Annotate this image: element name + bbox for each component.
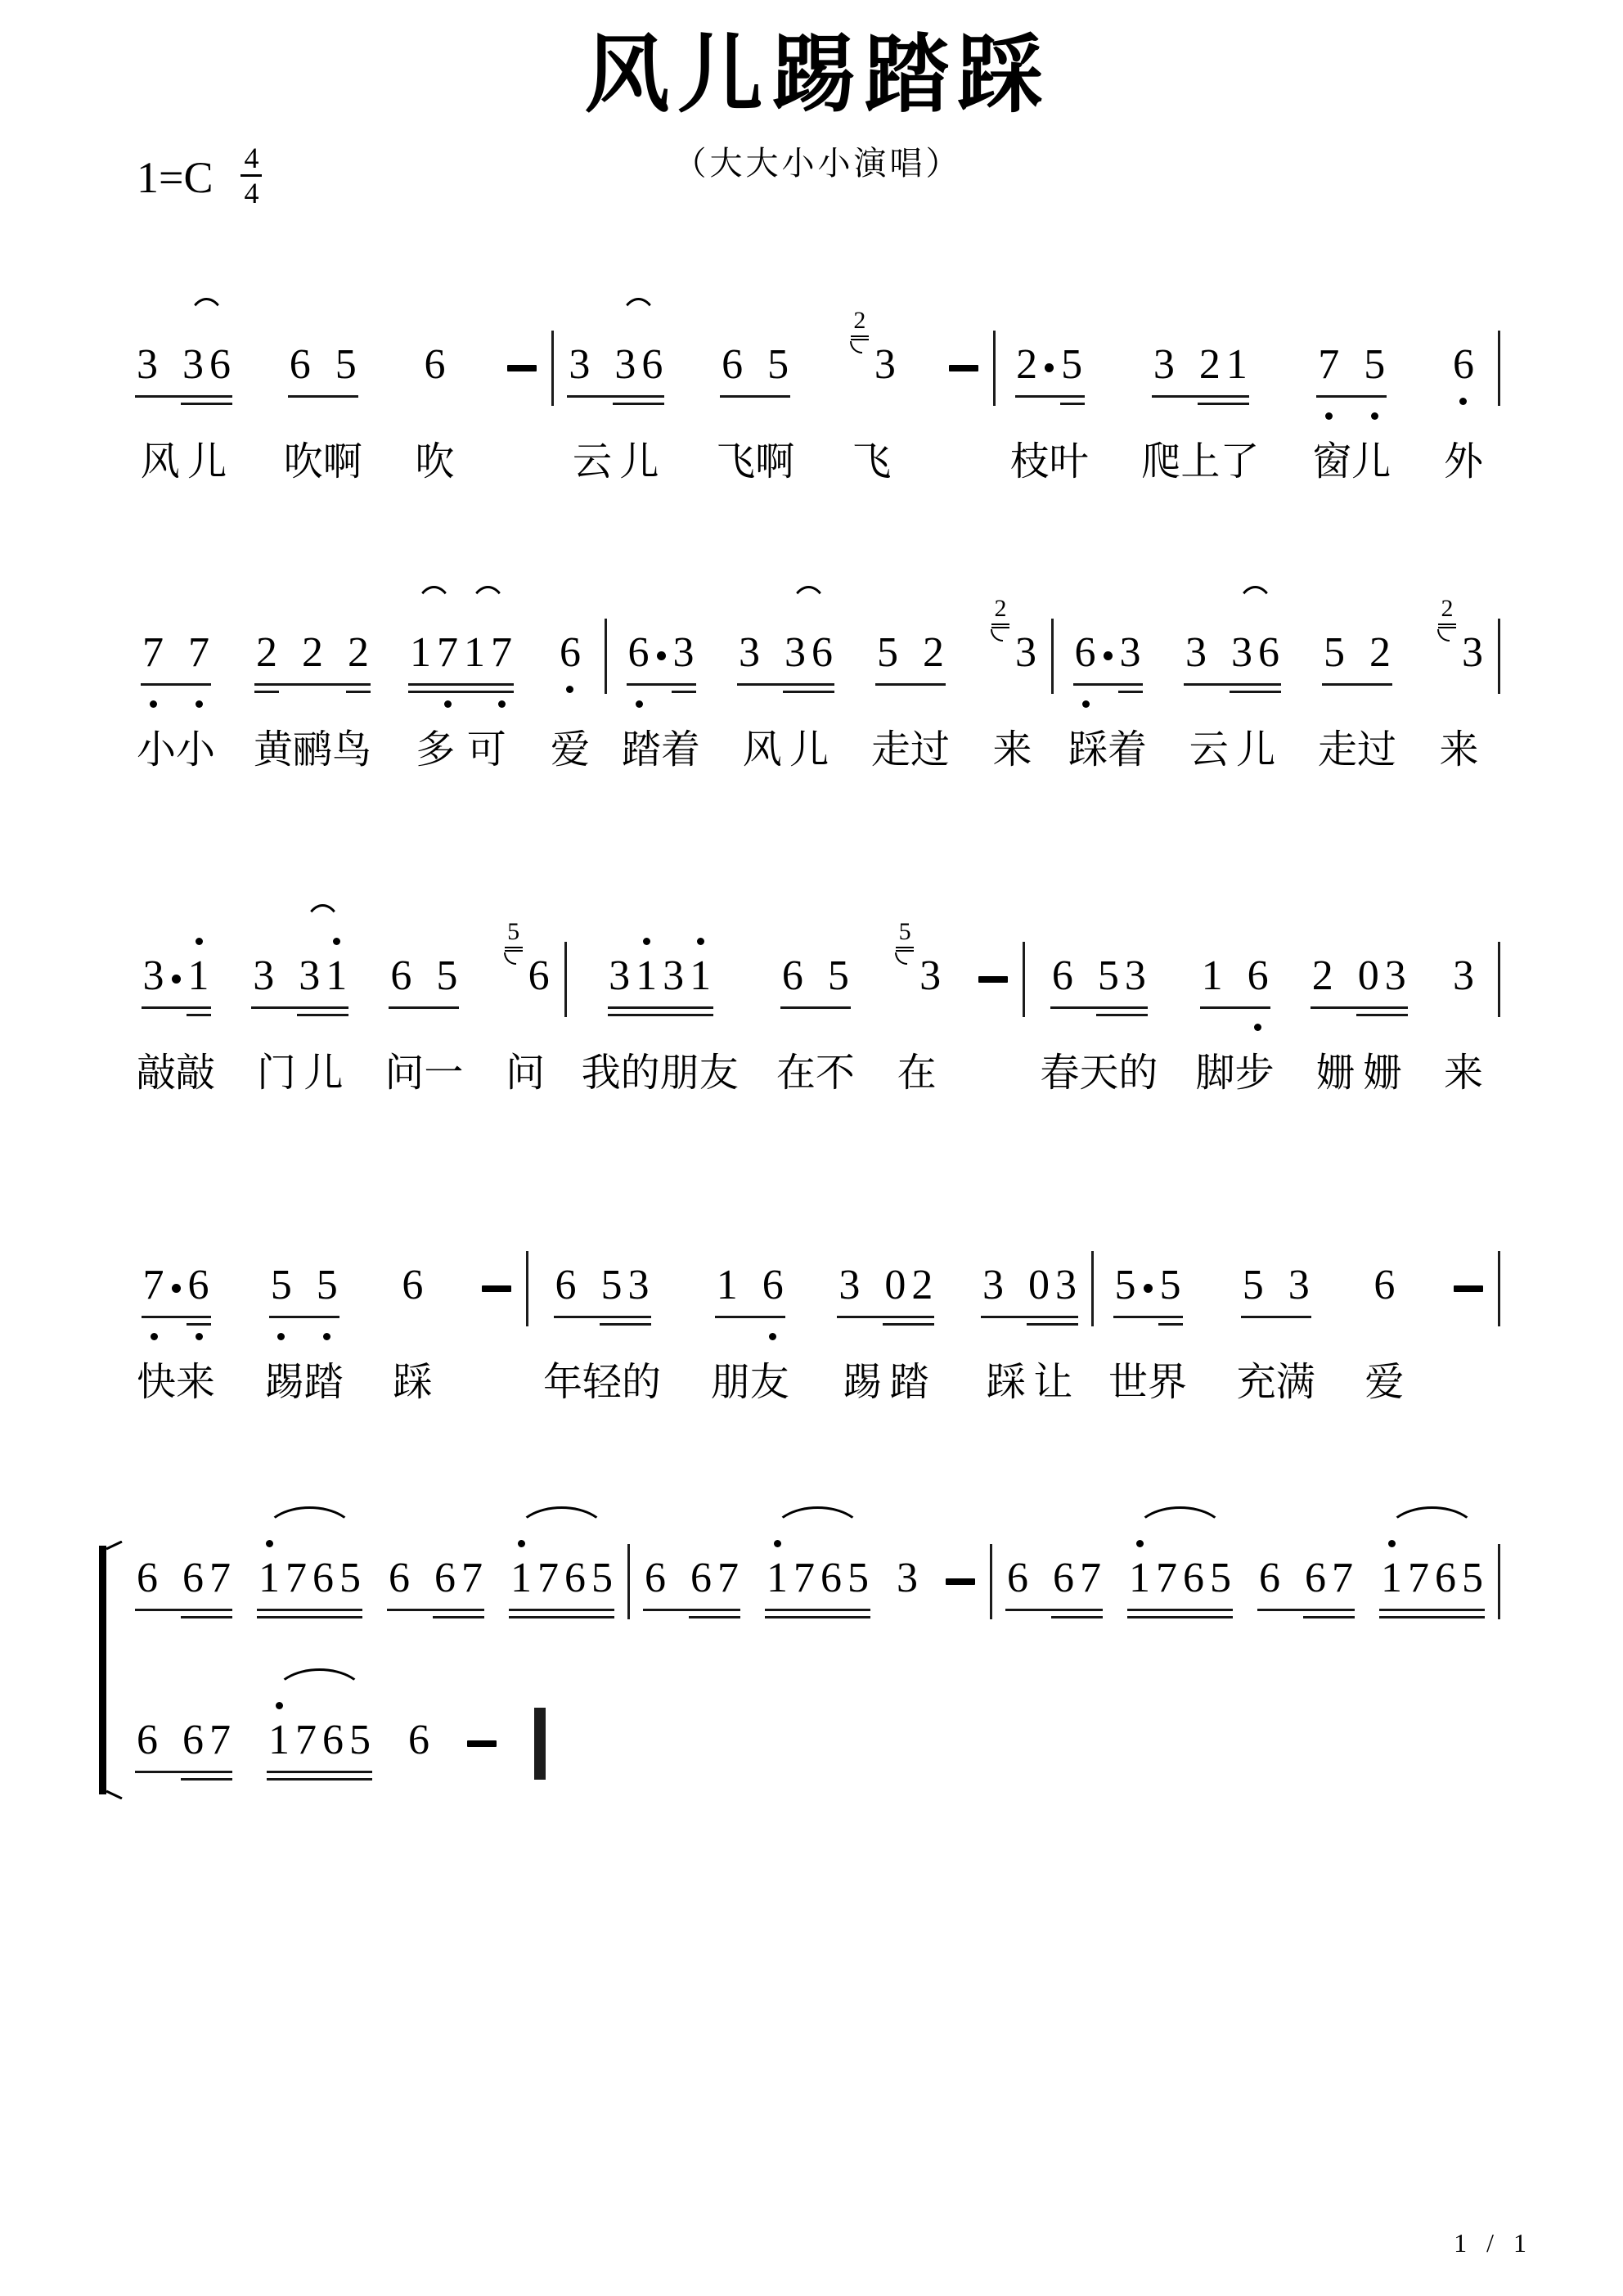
note-group: 1765: [1129, 1505, 1231, 1642]
note-digit: 7: [209, 1714, 231, 1767]
grace-note-digit: 5: [899, 919, 911, 945]
note-digit: 6: [389, 1552, 410, 1605]
measure: 336风儿65吹啊6吹: [135, 291, 551, 488]
lyrics-row: 来: [1435, 725, 1483, 776]
note-digit: 3: [982, 1259, 1004, 1312]
note-unit: 55世界: [1108, 1212, 1187, 1408]
note-digit: 6: [182, 1714, 204, 1767]
final-barline: [534, 1708, 546, 1780]
note-digit: 3: [1385, 950, 1406, 1002]
note-group: 303: [982, 1212, 1077, 1349]
note-unit: 6踩: [393, 1212, 432, 1408]
lyric-syllable: 来: [176, 1357, 215, 1408]
note-digit: 1: [259, 1552, 280, 1605]
note-unit: 3: [897, 1505, 918, 1642]
music-line: 31敲敲331门儿65问一56问3131我的朋友65在不53在653春天的16脚…: [135, 903, 1500, 1099]
note-digit: 7: [1080, 1552, 1101, 1605]
note-digit: 7: [717, 1552, 739, 1605]
note-digit: 7: [537, 1552, 559, 1605]
lyric-syllable: 爱: [551, 725, 590, 776]
note-group: 6: [393, 1212, 432, 1349]
beam-underline: [135, 395, 232, 398]
measure: 653春天的16脚步203姗姗3来: [1025, 903, 1498, 1099]
lyrics-row: 走过: [871, 725, 950, 776]
measure: 66717656671765: [135, 1505, 627, 1642]
note-digit: 5: [271, 1259, 292, 1312]
beam-underline-2: [297, 1014, 348, 1016]
note-group: 6: [1444, 291, 1483, 429]
note-unit: 6吹: [416, 291, 455, 488]
note-digit: 1: [464, 627, 485, 679]
beam-underline: [288, 395, 358, 398]
note-unit: 23飞: [847, 291, 896, 488]
barline: [1498, 619, 1500, 694]
beam-underline: [267, 1771, 372, 1773]
lyric-syllable: 快: [137, 1357, 176, 1408]
measure: 66717653: [630, 1505, 990, 1642]
note-unit: 3131我的朋友: [582, 903, 739, 1099]
lyric-syllable: 步: [1235, 1048, 1275, 1099]
note-digit: 6: [1248, 950, 1269, 1002]
note-group: 65: [716, 291, 794, 429]
note-digit: 1: [1202, 950, 1223, 1002]
lyrics-row: 年轻的: [543, 1357, 661, 1408]
note-group: 667: [1007, 1505, 1101, 1642]
lyric-syllable: 敲: [137, 1048, 176, 1099]
duration-dash: [467, 1740, 497, 1747]
lyrics-row: 春天的: [1040, 1048, 1158, 1099]
slur-arc: [303, 904, 342, 932]
note-digit: 6: [1183, 1552, 1204, 1605]
note-digit: 3: [1015, 627, 1036, 679]
note-group: 203: [1312, 903, 1406, 1040]
note-group: 23: [988, 579, 1036, 717]
lyric-syllable: 的: [622, 1357, 661, 1408]
note-digit: 3: [739, 627, 760, 679]
note-digit: 6: [645, 1552, 666, 1605]
note-group: 6: [1364, 1212, 1404, 1349]
beam-underline: [875, 683, 946, 686]
note-digit: 3: [1462, 627, 1483, 679]
note-digit: 6: [528, 950, 550, 1002]
lyrics-row: 飞: [847, 437, 896, 488]
beam-underline-2: [600, 1323, 651, 1326]
note-digit: 7: [491, 627, 512, 679]
sheet-music-page: { "header": { "title": "风儿踢踏踩", "subtitl…: [0, 0, 1623, 2296]
beam-underline: [1200, 1006, 1270, 1009]
octave-dot-low: [636, 700, 643, 708]
beam-underline: [627, 683, 696, 686]
note-digit: 7: [1156, 1552, 1177, 1605]
octave-dot-high: [518, 1540, 525, 1547]
lyrics-row: 踩着: [1068, 725, 1147, 776]
beam-underline: [837, 1316, 934, 1318]
note-group: 6: [551, 579, 590, 717]
lyric-syllable: 儿: [187, 437, 227, 488]
note-unit: 55踢踏: [265, 1212, 344, 1408]
note-unit: 6爱: [1364, 1212, 1404, 1408]
note-group: 1765: [767, 1505, 869, 1642]
beam-underline: [1184, 683, 1281, 686]
note-group: 1765: [259, 1505, 361, 1642]
beam-underline: [715, 1316, 785, 1318]
note-unit: 16朋友: [711, 1212, 789, 1408]
performer-note: （大大小小演唱）: [135, 129, 1500, 187]
beam-underline-2: [408, 691, 514, 693]
lyric-syllable: 问: [384, 1048, 424, 1099]
beam-underline: [1050, 1006, 1148, 1009]
beam-underline-2: [187, 1014, 211, 1016]
octave-dot-high: [1388, 1540, 1396, 1547]
lyric-syllable: 过: [910, 725, 950, 776]
note-group: 56: [501, 903, 550, 1040]
time-signature-bottom: 4: [244, 178, 259, 209]
lyric-syllable: 踩: [1068, 725, 1108, 776]
note-group: 55: [1108, 1212, 1187, 1349]
lyric-syllable: 黄: [254, 725, 293, 776]
measure: 653年轻的16朋友302踢踏303踩让: [528, 1212, 1091, 1408]
note-digit: 6: [137, 1714, 158, 1767]
slur-arc: [619, 298, 658, 326]
note-group: 3: [897, 1505, 918, 1642]
note-group: 65: [384, 903, 463, 1040]
barline: [1498, 331, 1500, 406]
lyric-syllable: 飞: [852, 437, 891, 488]
beam-underline-2: [1060, 403, 1085, 405]
lyric-syllable: 在: [897, 1048, 937, 1099]
beam-underline-2: [181, 403, 232, 405]
grace-note-digit: 2: [994, 596, 1006, 622]
note-group: 222: [254, 579, 371, 717]
lyric-syllable: 过: [1357, 725, 1396, 776]
lyric-syllable: 踏: [304, 1357, 344, 1408]
lyric-syllable: 儿: [789, 725, 829, 776]
octave-dot-low: [498, 700, 506, 708]
note-digit: 5: [339, 1552, 361, 1605]
lyric-syllable: 窗: [1312, 437, 1351, 488]
grace-beam-line: [991, 627, 1009, 628]
note-digit: 3: [569, 339, 590, 391]
octave-dot-low: [196, 700, 203, 708]
beam-underline-2: [267, 1778, 372, 1781]
lyric-syllable: 吹: [284, 437, 323, 488]
note-digit: 7: [794, 1552, 815, 1605]
lyric-syllable: 啊: [755, 437, 794, 488]
note-group: 23: [1435, 579, 1483, 717]
note-digit: 5: [1364, 339, 1385, 391]
note-digit: 5: [828, 950, 849, 1002]
note-group: 302: [838, 1212, 933, 1349]
note-group: [507, 291, 537, 429]
note-digit: 1: [410, 627, 431, 679]
beam-underline: [737, 683, 834, 686]
note-group: 53: [1237, 1212, 1315, 1349]
lyric-syllable: 多: [416, 725, 455, 776]
note-digit: 6: [782, 950, 803, 1002]
lyric-syllable: 年: [543, 1357, 582, 1408]
beam-underline-2: [181, 1616, 232, 1618]
note-unit: 3来: [1444, 903, 1483, 1099]
note-digit: 5: [1160, 1259, 1181, 1312]
note-digit: 7: [437, 627, 458, 679]
note-group: 77: [137, 579, 215, 717]
beam-underline-2: [883, 1323, 934, 1326]
note-digit: 3: [1288, 1259, 1310, 1312]
lyrics-row: 吹: [416, 437, 455, 488]
octave-dot-high: [266, 1540, 273, 1547]
note-group: 55: [265, 1212, 344, 1349]
augmentation-dot: [172, 1284, 181, 1293]
song-title: 风儿踢踏踩: [135, 28, 1500, 124]
octave-dot-low: [151, 1333, 158, 1340]
note-unit: 63踩着: [1068, 579, 1147, 776]
grace-note: 2: [988, 596, 1013, 642]
measure: 25枝叶321爬上了75窗儿6外: [996, 291, 1498, 488]
rest-note: 0: [884, 1259, 906, 1312]
beam-underline-2: [1230, 691, 1281, 693]
lyrics-row: 踩让: [982, 1357, 1077, 1408]
lyric-syllable: 爬: [1141, 437, 1180, 488]
note-unit: 653年轻的: [543, 1212, 661, 1408]
measure: 66717656: [135, 1667, 497, 1804]
lyrics-row: 枝叶: [1010, 437, 1089, 488]
lyric-syllable: 不: [816, 1048, 855, 1099]
measure: 63踏着336风儿52走过23来: [607, 579, 1051, 776]
lyric-syllable: 云: [573, 437, 612, 488]
lyrics-row: [949, 437, 978, 488]
grace-beam-line: [851, 339, 869, 340]
note-unit: 336云儿: [569, 291, 663, 488]
beam-underline: [554, 1316, 651, 1318]
lyric-syllable: 飞: [716, 437, 755, 488]
measure: 76快来55踢踏6踩: [135, 1212, 526, 1408]
beam-underline: [257, 1609, 362, 1611]
lyrics-row: [507, 437, 537, 488]
lyrics-row: 门儿: [253, 1048, 347, 1099]
beam-underline-2: [181, 1778, 232, 1781]
note-digit: 3: [1153, 339, 1175, 391]
lyrics-row: 云儿: [569, 437, 663, 488]
slur-arc: [273, 1668, 366, 1696]
note-digit: 6: [390, 950, 411, 1002]
note-unit: 56问: [501, 903, 550, 1099]
note-digit: 5: [1462, 1552, 1483, 1605]
slur-arc: [771, 1506, 864, 1534]
beam-underline: [254, 683, 371, 686]
duration-dash: [949, 365, 978, 371]
note-unit: 336风儿: [137, 291, 231, 488]
lyrics-row: 外: [1444, 437, 1483, 488]
beam-underline: [251, 1006, 348, 1009]
slur-arc: [1386, 1506, 1478, 1534]
slur-arc: [415, 586, 453, 614]
score: 336风儿65吹啊6吹336云儿65飞啊23飞25枝叶321爬上了75窗儿6外7…: [135, 291, 1500, 1804]
header-row: 1=C 4 4 （大大小小演唱）: [135, 129, 1500, 219]
note-unit: 65飞啊: [716, 291, 794, 488]
note-unit: 667: [137, 1667, 231, 1804]
note-digit: 6: [1305, 1552, 1326, 1605]
rest-note: 0: [1358, 950, 1379, 1002]
beam-underline: [1073, 683, 1143, 686]
grace-note-digit: 5: [507, 919, 519, 945]
note-digit: 6: [1453, 339, 1474, 391]
lyric-syllable: 爱: [1364, 1357, 1404, 1408]
lyric-syllable: 儿: [1236, 725, 1275, 776]
note-unit: 336云儿: [1185, 579, 1279, 776]
lyrics-row: 踩: [393, 1357, 432, 1408]
barline: [1498, 1251, 1500, 1326]
augmentation-dot: [657, 651, 666, 660]
lyric-syllable: 啊: [323, 437, 362, 488]
note-digit: 3: [628, 1259, 650, 1312]
lyrics-row: 多可: [410, 725, 512, 776]
beam-underline-2: [1303, 1616, 1355, 1618]
note-unit: 76快来: [137, 1212, 215, 1408]
grace-beam-line: [991, 624, 1009, 625]
beam-underline: [387, 1609, 484, 1611]
lyric-syllable: 吹: [416, 437, 455, 488]
note-group: [482, 1212, 511, 1349]
note-unit: 331门儿: [253, 903, 347, 1099]
time-signature-top: 4: [244, 142, 259, 173]
beam-underline: [142, 1006, 211, 1009]
lyrics-row: 风儿: [137, 437, 231, 488]
lyric-syllable: 脚: [1196, 1048, 1235, 1099]
note-digit: 2: [348, 627, 369, 679]
beam-underline-2: [433, 1616, 484, 1618]
beam-underline-2: [1356, 1014, 1408, 1016]
note-unit: 23来: [988, 579, 1036, 776]
beam-underline: [389, 1006, 459, 1009]
note-unit: 53充满: [1237, 1212, 1315, 1408]
note-unit: 63踏着: [622, 579, 700, 776]
lyrics-row: 世界: [1108, 1357, 1187, 1408]
note-digit: 6: [1435, 1552, 1456, 1605]
note-digit: 7: [209, 1552, 231, 1605]
beam-underline: [408, 683, 514, 686]
lyrics-row: 在: [892, 1048, 941, 1099]
note-digit: 6: [1258, 627, 1279, 679]
augmentation-dot: [172, 975, 181, 984]
note-digit: 5: [847, 1552, 869, 1605]
measure: 77小小222黄鹂鸟1717多可6爱: [135, 579, 605, 776]
lyric-syllable: 的: [1118, 1048, 1158, 1099]
note-unit: 6外: [1444, 291, 1483, 488]
note-digit: 6: [1053, 1552, 1074, 1605]
note-unit: 302踢踏: [838, 1212, 933, 1408]
octave-dot-low: [566, 686, 573, 693]
lyrics-row: 踢踏: [265, 1357, 344, 1408]
beam-underline: [1241, 1316, 1311, 1318]
note-digit: 6: [209, 339, 231, 391]
lyric-syllable: 踩: [987, 1357, 1026, 1408]
grace-slur: [1437, 629, 1450, 642]
note-digit: 3: [614, 339, 636, 391]
note-group: 667: [389, 1505, 483, 1642]
beam-underline: [1257, 1609, 1355, 1611]
lyrics-row: 姗姗: [1312, 1048, 1406, 1099]
lyric-syllable: 儿: [620, 437, 659, 488]
note-unit: 16脚步: [1196, 903, 1275, 1099]
note-digit: 2: [1312, 950, 1333, 1002]
lyrics-row: 飞啊: [716, 437, 794, 488]
note-unit: [1454, 1212, 1483, 1408]
note-group: 6: [408, 1667, 429, 1804]
octave-dot-low: [1459, 398, 1467, 405]
note-digit: 5: [1061, 339, 1082, 391]
page-number: 1 / 1: [1454, 2228, 1533, 2258]
slur-arc: [187, 298, 226, 326]
note-digit: 5: [767, 339, 789, 391]
grace-beam-line: [851, 335, 869, 337]
note-unit: 52走过: [871, 579, 950, 776]
note-digit: 3: [137, 339, 158, 391]
note-group: 63: [1068, 579, 1147, 717]
lyric-syllable: 小: [137, 725, 176, 776]
note-digit: 3: [1125, 950, 1146, 1002]
note-digit: 1: [188, 950, 209, 1002]
lyric-syllable: 友: [750, 1357, 789, 1408]
note-digit: 5: [436, 950, 457, 1002]
lyric-syllable: 踢: [265, 1357, 304, 1408]
note-digit: 3: [143, 950, 164, 1002]
note-digit: 6: [322, 1714, 344, 1767]
note-digit: 7: [461, 1552, 483, 1605]
note-group: 16: [711, 1212, 789, 1349]
lyrics-row: [1454, 1357, 1483, 1408]
lyrics-row: 踏着: [622, 725, 700, 776]
note-digit: 6: [1075, 627, 1096, 679]
barline: [1498, 942, 1500, 1017]
note-digit: 7: [143, 1259, 164, 1312]
beam-underline: [567, 395, 664, 398]
lyric-syllable: 轻: [582, 1357, 622, 1408]
beam-underline: [1127, 1609, 1233, 1611]
note-unit: 321爬上了: [1141, 291, 1259, 488]
slur-arc: [515, 1506, 608, 1534]
coda-system: 6671765667176566717653667176566717656671…: [135, 1505, 1500, 1804]
note-digit: 3: [897, 1552, 918, 1605]
octave-dot-low: [1254, 1024, 1261, 1031]
lyrics-row: 爱: [1364, 1357, 1404, 1408]
rest-note: 0: [1028, 1259, 1050, 1312]
lyric-syllable: 外: [1444, 437, 1483, 488]
note-unit: 667: [389, 1505, 483, 1642]
octave-dot-low: [277, 1333, 285, 1340]
lyric-syllable: 在: [776, 1048, 816, 1099]
beam-underline-2: [765, 1616, 870, 1618]
time-signature: 4 4: [241, 142, 262, 209]
beam-underline: [608, 1006, 713, 1009]
note-digit: 6: [408, 1714, 429, 1767]
slur-arc: [1236, 586, 1275, 614]
note-digit: 7: [188, 627, 209, 679]
note-unit: 303踩让: [982, 1212, 1077, 1408]
lyric-syllable: 充: [1237, 1357, 1276, 1408]
note-digit: 2: [1199, 339, 1221, 391]
lyric-syllable: 世: [1108, 1357, 1148, 1408]
note-digit: 1: [268, 1714, 290, 1767]
note-unit: 31敲敲: [137, 903, 215, 1099]
lyrics-row: 云儿: [1185, 725, 1279, 776]
lyric-syllable: 云: [1189, 725, 1229, 776]
grace-beam-line: [505, 950, 523, 952]
beam-underline: [509, 1609, 614, 1611]
note-unit: 77小小: [137, 579, 215, 776]
note-unit: 203姗姗: [1312, 903, 1406, 1099]
slur-arc: [263, 1506, 356, 1534]
lyric-syllable: 鹂: [293, 725, 332, 776]
